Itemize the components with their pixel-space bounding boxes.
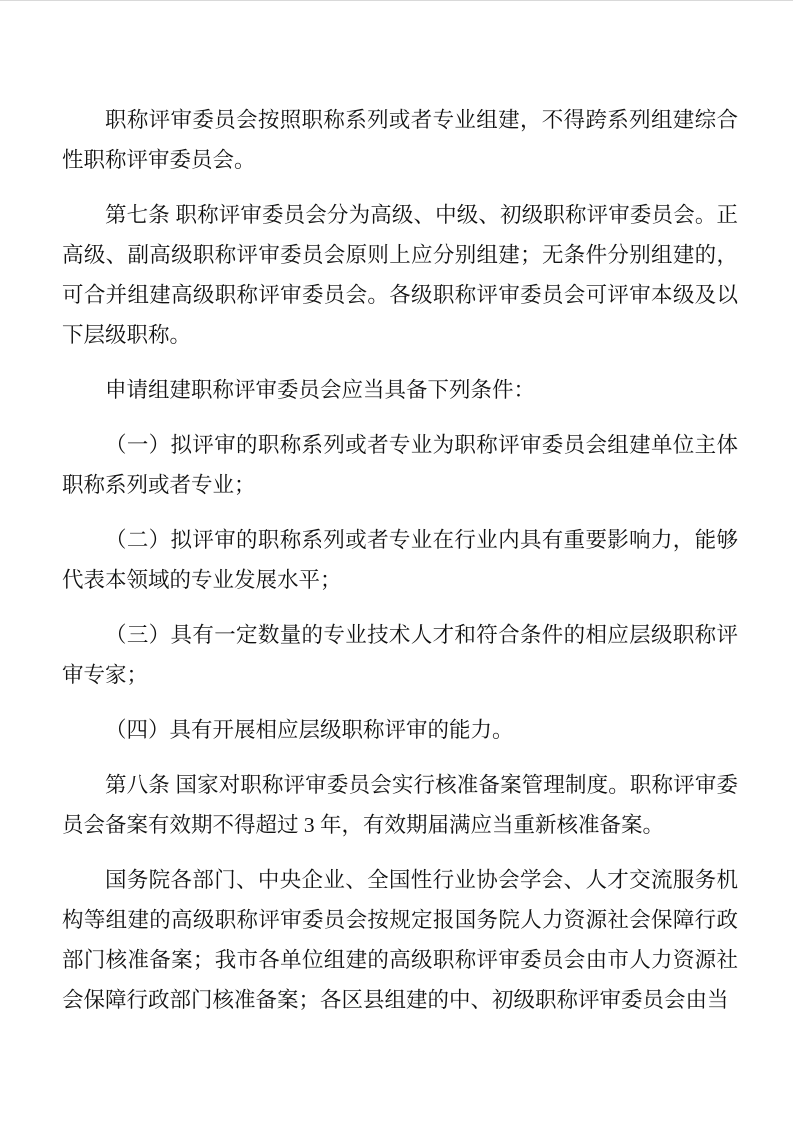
paragraph-item-4: （四）具有开展相应层级职称评审的能力。 — [62, 710, 738, 750]
document-body: 职称评审委员会按照职称系列或者专业组建，不得跨系列组建综合性职称评审委员会。 第… — [62, 100, 738, 1035]
paragraph-item-2: （二）拟评审的职称系列或者专业在行业内具有重要影响力，能够代表本领域的专业发展水… — [62, 520, 738, 600]
paragraph-article-8: 第八条 国家对职称评审委员会实行核准备案管理制度。职称评审委员会备案有效期不得超… — [62, 765, 738, 845]
paragraph-article-7: 第七条 职称评审委员会分为高级、中级、初级职称评审委员会。正高级、副高级职称评审… — [62, 195, 738, 355]
paragraph: 申请组建职称评审委员会应当具备下列条件： — [62, 370, 738, 410]
document-page: 职称评审委员会按照职称系列或者专业组建，不得跨系列组建综合性职称评审委员会。 第… — [0, 0, 793, 1122]
paragraph: 职称评审委员会按照职称系列或者专业组建，不得跨系列组建综合性职称评审委员会。 — [62, 100, 738, 180]
paragraph-item-1: （一）拟评审的职称系列或者专业为职称评审委员会组建单位主体职称系列或者专业； — [62, 425, 738, 505]
paragraph: 国务院各部门、中央企业、全国性行业协会学会、人才交流服务机构等组建的高级职称评审… — [62, 860, 738, 1020]
paragraph-item-3: （三）具有一定数量的专业技术人才和符合条件的相应层级职称评审专家； — [62, 615, 738, 695]
